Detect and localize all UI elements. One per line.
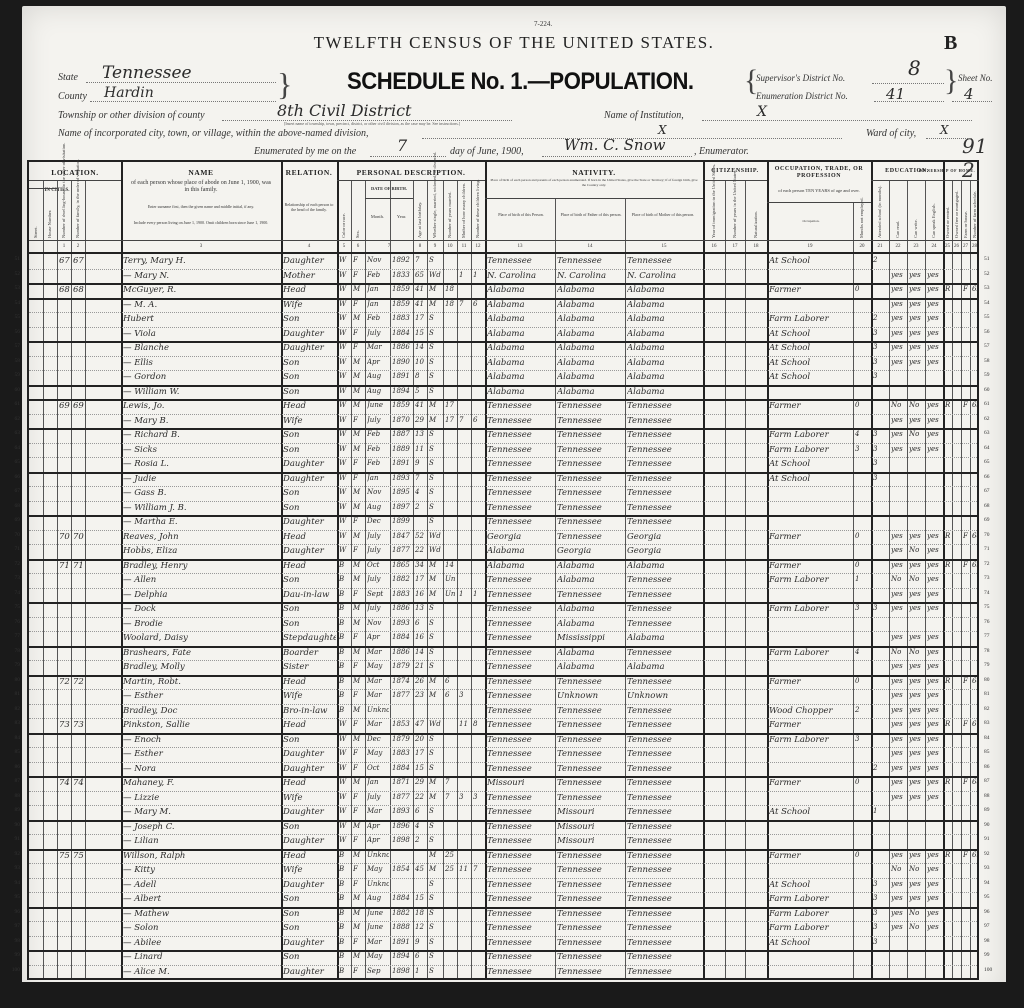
row-divider (29, 544, 977, 545)
nativity-father: Place of birth of Father of this person. (557, 212, 625, 218)
township-instruction: [Insert name of township, town, precinct… (284, 121, 460, 126)
cell-pob: Tennessee (487, 706, 554, 716)
row-divider (29, 718, 977, 719)
line-number-right: 95 (984, 894, 1000, 900)
column-header-years-married: Number of years married. (447, 182, 452, 238)
row-divider (29, 617, 977, 618)
cell-name: — Albert (123, 894, 280, 904)
line-number: 88 (4, 793, 20, 799)
cell-pob: Alabama (487, 343, 554, 353)
cell-pom: Tennessee (627, 488, 702, 498)
cell-name: Hubert (123, 314, 280, 324)
cell-month: Aug (367, 503, 389, 511)
cell-write: No (909, 909, 924, 917)
cell-name: — Esther (123, 691, 280, 701)
cell-year: 1886 (392, 648, 412, 656)
institution-label: Name of Institution, (604, 110, 684, 121)
cell-year: 1899 (392, 517, 412, 525)
cell-eng: yes (927, 662, 942, 670)
cell-month: Apr (367, 836, 389, 844)
column-divider (925, 180, 926, 978)
column-number: 19 (767, 244, 853, 249)
cell-month: May (367, 952, 389, 960)
line-number: 84 (4, 735, 20, 741)
cell-eng: yes (927, 851, 942, 859)
column-header-house-number: House Number. (47, 192, 52, 238)
cell-pob: Tennessee (487, 923, 554, 933)
cell-moc: 1 (459, 590, 470, 598)
cell-rel: Son (283, 604, 336, 614)
line-number: 91 (4, 836, 20, 842)
column-number: 16 (703, 244, 725, 249)
line-number: 93 (4, 865, 20, 871)
cell-pom: Tennessee (627, 851, 702, 861)
cell-name: — Lizzie (123, 793, 280, 803)
line-number-right: 81 (984, 691, 1000, 697)
cell-month: Mar (367, 677, 389, 685)
line-number: 87 (4, 778, 20, 784)
cell-name: Brashears, Fate (123, 648, 280, 658)
cell-month: Apr (367, 633, 389, 641)
column-header-owned-free: Owned free or mortgaged. (954, 184, 959, 238)
cell-name: Bradley, Henry (123, 561, 280, 571)
cell-ms: S (429, 894, 442, 902)
cell-age: 1 (415, 967, 426, 975)
cell-read: No (891, 648, 906, 656)
cell-year: 1884 (392, 633, 412, 641)
cell-rel: Daughter (283, 880, 336, 890)
column-header-can-speak-english: Can speak English. (931, 184, 936, 238)
cell-own: R (945, 778, 951, 786)
line-number: 61 (4, 401, 20, 407)
cell-ym: 25 (445, 865, 456, 873)
cell-color: B (339, 561, 350, 569)
line-number-right: 96 (984, 909, 1000, 915)
cell-write: yes (909, 314, 924, 322)
cell-rel: Daughter (283, 474, 336, 484)
cell-read: yes (891, 677, 906, 685)
cell-year: 1854 (392, 865, 412, 873)
cell-eng: yes (927, 648, 942, 656)
ward-label: Ward of city, (866, 128, 916, 139)
cell-farm: F (963, 401, 969, 409)
cell-pom: Tennessee (627, 445, 702, 455)
cell-pof: Alabama (557, 372, 624, 382)
line-number-right: 60 (984, 387, 1000, 393)
cell-month: June (367, 909, 389, 917)
county-value: Hardin (104, 85, 154, 101)
cell-pob: Tennessee (487, 764, 554, 774)
cell-rel: Son (283, 923, 336, 933)
cell-pof: Alabama (557, 575, 624, 585)
cell-name: — Mary M. (123, 807, 280, 817)
cell-pof: Tennessee (557, 706, 624, 716)
brace-right: } (944, 66, 958, 96)
cell-sex: M (353, 358, 364, 366)
cell-pom: Alabama (627, 300, 702, 310)
cell-eng: yes (927, 706, 942, 714)
cell-dw: 72 (59, 677, 70, 687)
month-label: Month. (365, 214, 390, 220)
cell-color: B (339, 865, 350, 873)
column-header-can-read: Can read. (895, 184, 900, 238)
enumeration-line (874, 101, 944, 102)
row-divider (29, 747, 977, 748)
cell-pof: Tennessee (557, 880, 624, 890)
cell-eng: yes (927, 880, 942, 888)
supervisor-value: 8 (908, 56, 921, 80)
cell-year: 1871 (392, 778, 412, 786)
cell-write: No (909, 430, 924, 438)
relation-desc: Relationship of each person to the head … (283, 202, 335, 212)
cell-year: 1893 (392, 474, 412, 482)
cell-ym: 18 (445, 300, 456, 308)
cell-year: 1833 (392, 271, 412, 279)
cell-age: 15 (415, 894, 426, 902)
cell-eng: yes (927, 401, 942, 409)
cell-write: yes (909, 778, 924, 786)
line-number-right: 74 (984, 590, 1000, 596)
header-bottom-line (29, 252, 977, 254)
column-header-years-us: Number of years in the United States. (732, 184, 737, 238)
cell-write: yes (909, 343, 924, 351)
cell-pom: Tennessee (627, 952, 702, 962)
cell-ms: S (429, 749, 442, 757)
line-number-right: 85 (984, 749, 1000, 755)
column-header-age: Age at last birthday. (417, 182, 422, 238)
cell-read: yes (891, 880, 906, 888)
cell-age: 21 (415, 662, 426, 670)
cell-color: B (339, 894, 350, 902)
cell-age: 45 (415, 865, 426, 873)
cell-name: Bradley, Doc (123, 706, 280, 716)
column-divider (43, 180, 44, 978)
cell-ne: 2 (855, 706, 870, 714)
cell-pob: Tennessee (487, 880, 554, 890)
cell-pom: Georgia (627, 546, 702, 556)
cell-pof: Alabama (557, 619, 624, 629)
line-number-right: 54 (984, 300, 1000, 306)
line-number-right: 88 (984, 793, 1000, 799)
cell-read: yes (891, 706, 906, 714)
cell-pof: Tennessee (557, 532, 624, 542)
cell-sex: F (353, 517, 364, 525)
line-number: 63 (4, 430, 20, 436)
cell-pob: Alabama (487, 314, 554, 324)
cell-eng: yes (927, 793, 942, 801)
column-header-immigration: Year of immigration to the United States… (711, 184, 716, 238)
cell-farm: F (963, 720, 969, 728)
cell-dw: 75 (59, 851, 70, 861)
line-number-right: 62 (984, 416, 1000, 422)
cell-name: — Adell (123, 880, 280, 890)
cell-sex: M (353, 909, 364, 917)
cell-sex: M (353, 575, 364, 583)
cell-name: — Judie (123, 474, 280, 484)
cell-ms: S (429, 952, 442, 960)
cell-sex: M (353, 735, 364, 743)
cell-sex: F (353, 300, 364, 308)
section-relation: RELATION. (281, 168, 337, 177)
cell-age: 4 (415, 822, 426, 830)
cell-own: R (945, 285, 951, 293)
cell-pof: Georgia (557, 546, 624, 556)
line-number-right: 71 (984, 546, 1000, 552)
column-header-marital: Whether single, married, widowed, or div… (432, 182, 437, 238)
cell-sch: 3 (873, 343, 888, 351)
cell-age: 20 (415, 735, 426, 743)
cell-read: yes (891, 894, 906, 902)
header-divider (365, 198, 413, 199)
cell-sex: M (353, 923, 364, 931)
cell-pom: Tennessee (627, 865, 702, 875)
cell-pom: Tennessee (627, 677, 702, 687)
cell-pom: Tennessee (627, 778, 702, 788)
cell-pom: Tennessee (627, 807, 702, 817)
column-number: 4 (281, 244, 337, 249)
cell-ms: M (429, 865, 442, 873)
cell-write: No (909, 401, 924, 409)
cell-age: 10 (415, 358, 426, 366)
name-desc-3: Include every person living on June 1, 1… (129, 220, 273, 225)
cell-month: Apr (367, 822, 389, 830)
cell-color: B (339, 952, 350, 960)
cell-cl: 1 (473, 590, 484, 598)
cell-year: 1882 (392, 575, 412, 583)
cell-ms: S (429, 764, 442, 772)
line-number-right: 78 (984, 648, 1000, 654)
cell-ym: 7 (445, 778, 456, 786)
cell-eng: yes (927, 358, 942, 366)
cell-year: 1888 (392, 923, 412, 931)
cell-age: 65 (415, 271, 426, 279)
occupation-sub: Occupation. (769, 218, 853, 224)
cell-pob: Tennessee (487, 517, 554, 527)
line-number: 78 (4, 648, 20, 654)
cell-age: 11 (415, 445, 426, 453)
cell-farm: F (963, 677, 969, 685)
cell-sex: F (353, 807, 364, 815)
cell-pob: Alabama (487, 300, 554, 310)
cell-write: yes (909, 358, 924, 366)
cell-month: Mar (367, 343, 389, 351)
cell-occ: At School (769, 358, 852, 368)
section-personal: PERSONAL DESCRIPTION. (337, 168, 485, 177)
column-divider (365, 180, 366, 978)
cell-occ: At School (769, 474, 852, 484)
cell-name: — Ellis (123, 358, 280, 368)
cell-name: — Gass B. (123, 488, 280, 498)
cell-age: 52 (415, 532, 426, 540)
row-divider (29, 370, 977, 371)
cell-ms: M (429, 677, 442, 685)
column-number: 18 (745, 244, 767, 249)
cell-ms: S (429, 880, 442, 888)
cell-pof: Alabama (557, 300, 624, 310)
cell-ym: 6 (445, 691, 456, 699)
cell-sex: F (353, 474, 364, 482)
cell-occ: Farmer (769, 285, 852, 295)
cell-pob: Missouri (487, 778, 554, 788)
cell-cl: 8 (473, 720, 484, 728)
cell-age: 13 (415, 430, 426, 438)
cell-pob: Tennessee (487, 735, 554, 745)
cell-eng: yes (927, 923, 942, 931)
cell-name: McGuyer, R. (123, 285, 280, 295)
line-number-right: 52 (984, 271, 1000, 277)
cell-name: — Viola (123, 329, 280, 339)
cell-own: R (945, 532, 951, 540)
cell-year: 1877 (392, 546, 412, 554)
cell-color: W (339, 474, 350, 482)
cell-pob: Tennessee (487, 909, 554, 919)
cell-pof: Tennessee (557, 720, 624, 730)
row-divider (29, 762, 977, 763)
cell-eng: yes (927, 532, 942, 540)
cell-dw: 74 (59, 778, 70, 788)
cell-ms: S (429, 517, 442, 525)
cell-color: W (339, 329, 350, 337)
cell-write: No (909, 648, 924, 656)
supervisor-label: Supervisor's District No. (756, 73, 845, 83)
cell-rel: Son (283, 575, 336, 585)
cell-sch: 3 (873, 938, 888, 946)
cell-sch: 1 (873, 807, 888, 815)
cell-color: W (339, 793, 350, 801)
cell-color: W (339, 372, 350, 380)
cell-read: yes (891, 778, 906, 786)
cell-pob: Tennessee (487, 836, 554, 846)
cell-color: W (339, 546, 350, 554)
cell-pob: Tennessee (487, 430, 554, 440)
cell-color: B (339, 633, 350, 641)
cell-eng: yes (927, 285, 942, 293)
column-divider (725, 180, 726, 978)
cell-year: 1886 (392, 343, 412, 351)
line-number: 80 (4, 677, 20, 683)
cell-pom: Tennessee (627, 604, 702, 614)
cell-month: Jan (367, 778, 389, 786)
cell-write: yes (909, 329, 924, 337)
cell-color: W (339, 749, 350, 757)
cell-dw: 71 (59, 561, 70, 571)
cell-month: Mar (367, 691, 389, 699)
cell-write: No (909, 923, 924, 931)
cell-rel: Son (283, 822, 336, 832)
cell-age: 26 (415, 677, 426, 685)
cell-color: B (339, 604, 350, 612)
cell-write: yes (909, 706, 924, 714)
section-name: NAME (121, 168, 281, 177)
line-number: 95 (4, 894, 20, 900)
cell-eng: yes (927, 749, 942, 757)
cell-pom: Tennessee (627, 474, 702, 484)
cell-year: 1893 (392, 807, 412, 815)
line-number-right: 68 (984, 503, 1000, 509)
cell-year: 1887 (392, 430, 412, 438)
cell-ne: 1 (855, 575, 870, 583)
cell-moc: 1 (459, 271, 470, 279)
cell-pob: Alabama (487, 561, 554, 571)
cell-write: No (909, 546, 924, 554)
cell-fs: 65 (972, 561, 978, 569)
cell-write: yes (909, 720, 924, 728)
line-number: 65 (4, 459, 20, 465)
row-divider (29, 834, 977, 835)
cell-pob: Tennessee (487, 401, 554, 411)
cell-ym: 6 (445, 677, 456, 685)
column-header-children-living: Number of these children living. (475, 182, 480, 238)
cell-ms: S (429, 938, 442, 946)
cell-ms: S (429, 474, 442, 482)
cell-pob: Tennessee (487, 590, 554, 600)
cell-cl: 3 (473, 793, 484, 801)
cell-moc: 3 (459, 793, 470, 801)
cell-ms: S (429, 459, 442, 467)
cell-sex: F (353, 749, 364, 757)
header-divider (337, 180, 485, 181)
cell-pom: Georgia (627, 532, 702, 542)
cell-color: W (339, 764, 350, 772)
cell-sex: F (353, 256, 364, 264)
cell-write: yes (909, 764, 924, 772)
cell-color: W (339, 807, 350, 815)
cell-sex: F (353, 546, 364, 554)
supervisor-line (872, 83, 944, 84)
cell-read: yes (891, 445, 906, 453)
cell-age: 16 (415, 633, 426, 641)
cell-pom: Tennessee (627, 749, 702, 759)
header-divider (29, 188, 57, 189)
cell-cl: 7 (473, 865, 484, 873)
institution-value: X (757, 104, 767, 120)
cell-read: yes (891, 909, 906, 917)
township-label: Township or other division of county (58, 110, 205, 121)
cell-read: yes (891, 793, 906, 801)
line-number: 69 (4, 517, 20, 523)
cell-pom: Alabama (627, 633, 702, 643)
cell-pob: Tennessee (487, 851, 554, 861)
row-divider (29, 356, 977, 357)
cell-year: 1877 (392, 691, 412, 699)
schedule-letter: B (944, 32, 957, 55)
column-header-street: Street. (33, 192, 38, 238)
line-number-right: 84 (984, 735, 1000, 741)
cell-occ: Farm Laborer (769, 923, 852, 933)
cell-eng: yes (927, 778, 942, 786)
cell-read: yes (891, 532, 906, 540)
cell-sex: F (353, 793, 364, 801)
cell-ym: 7 (445, 793, 456, 801)
cell-year: 1879 (392, 662, 412, 670)
cell-eng: yes (927, 575, 942, 583)
cell-month: May (367, 662, 389, 670)
cell-read: yes (891, 300, 906, 308)
cell-pof: Alabama (557, 604, 624, 614)
line-number: 92 (4, 851, 20, 857)
cell-age: 23 (415, 691, 426, 699)
cell-year: 1883 (392, 314, 412, 322)
cell-pof: Tennessee (557, 793, 624, 803)
cell-ms: Wd (429, 271, 442, 279)
cell-rel: Daughter (283, 256, 336, 266)
cell-name: — Blanche (123, 343, 280, 353)
cell-age: 6 (415, 619, 426, 627)
cell-own: R (945, 720, 951, 728)
row-divider (29, 269, 977, 270)
cell-age: 14 (415, 343, 426, 351)
cell-color: W (339, 401, 350, 409)
